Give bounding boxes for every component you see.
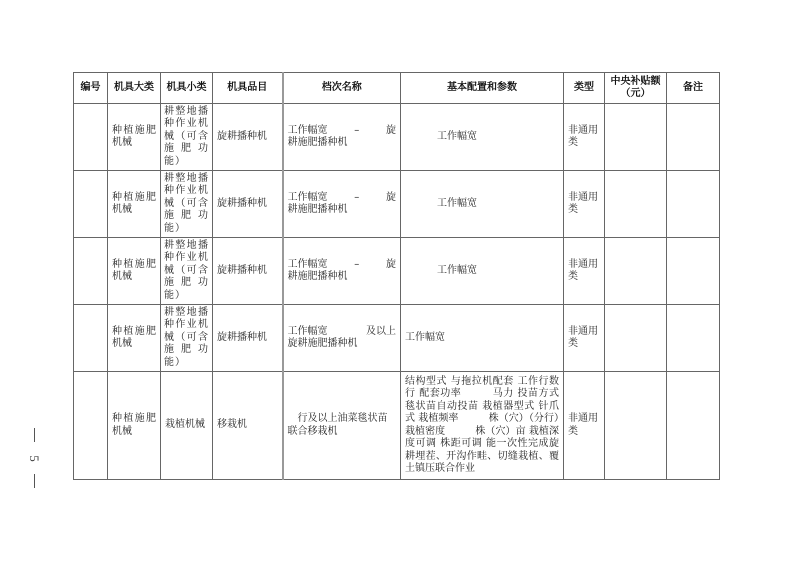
grade-name-text: 旋 — [386, 192, 396, 205]
grade-name-line1: 工作幅宽 – 旋 — [288, 259, 397, 272]
table-row: 种植施肥机械 耕整地播种作业机械（可含施肥功能） 旋耕播种机 工作幅宽 及以上 … — [74, 305, 720, 372]
header-item: 机具品目 — [213, 73, 283, 104]
cell-id — [74, 171, 108, 238]
header-subcategory: 机具小类 — [161, 73, 213, 104]
cell-subcategory: 耕整地播种作业机械（可含施肥功能） — [161, 305, 213, 372]
cell-item: 旋耕播种机 — [213, 238, 283, 305]
cell-grade-name: 工作幅宽 及以上 旋耕施肥播种机 — [283, 305, 401, 372]
grade-name-line2: 耕施肥播种机 — [288, 137, 397, 150]
cell-type: 非通用类 — [564, 171, 605, 238]
cell-id — [74, 305, 108, 372]
cell-grade-name: 工作幅宽 – 旋 耕施肥播种机 — [283, 238, 401, 305]
cell-subsidy — [605, 372, 667, 480]
cell-item: 移栽机 — [213, 372, 283, 480]
cell-id — [74, 238, 108, 305]
page-number-dash-top — [34, 428, 35, 442]
cell-type: 非通用类 — [564, 372, 605, 480]
cell-category: 种植施肥机械 — [108, 238, 161, 305]
cell-item: 旋耕播种机 — [213, 305, 283, 372]
subsidy-spec-table: 编号 机具大类 机具小类 机具品目 档次名称 基本配置和参数 类型 中央补贴额（… — [73, 72, 720, 480]
cell-grade-name: 行及以上油菜毯状苗联合移栽机 — [283, 372, 401, 480]
page-number-dash-bottom — [34, 474, 35, 488]
grade-name-text: 工作幅宽 — [288, 259, 328, 272]
cell-id — [74, 104, 108, 171]
grade-name-text: 工作幅宽 — [288, 326, 328, 339]
cell-remark — [667, 305, 720, 372]
cell-remark — [667, 104, 720, 171]
grade-name-line2: 耕施肥播种机 — [288, 204, 397, 217]
grade-name-text: 工作幅宽 — [288, 192, 328, 205]
cell-subsidy — [605, 238, 667, 305]
grade-name-dash: – — [354, 192, 359, 205]
cell-category: 种植施肥机械 — [108, 104, 161, 171]
header-config: 基本配置和参数 — [401, 73, 564, 104]
grade-name-line1: 工作幅宽 – 旋 — [288, 125, 397, 138]
grade-name-text: 旋 — [386, 125, 396, 138]
cell-subcategory: 耕整地播种作业机械（可含施肥功能） — [161, 104, 213, 171]
table-row: 种植施肥机械 栽植机械 移栽机 行及以上油菜毯状苗联合移栽机 结构型式 与拖拉机… — [74, 372, 720, 480]
cell-category: 种植施肥机械 — [108, 372, 161, 480]
cell-subcategory: 栽植机械 — [161, 372, 213, 480]
page-number: 5 — [26, 428, 42, 488]
header-id: 编号 — [74, 73, 108, 104]
cell-config: 工作幅宽 — [401, 104, 564, 171]
grade-name-text: 旋 — [386, 259, 396, 272]
cell-item: 旋耕播种机 — [213, 171, 283, 238]
header-category: 机具大类 — [108, 73, 161, 104]
grade-name-text: 及以上 — [366, 326, 396, 339]
table-row: 种植施肥机械 耕整地播种作业机械（可含施肥功能） 旋耕播种机 工作幅宽 – 旋 … — [74, 171, 720, 238]
cell-config: 工作幅宽 — [401, 238, 564, 305]
cell-grade-name: 工作幅宽 – 旋 耕施肥播种机 — [283, 171, 401, 238]
table-row: 种植施肥机械 耕整地播种作业机械（可含施肥功能） 旋耕播种机 工作幅宽 – 旋 … — [74, 238, 720, 305]
cell-remark — [667, 171, 720, 238]
grade-name-line1: 工作幅宽 – 旋 — [288, 192, 397, 205]
grade-name-line2: 旋耕施肥播种机 — [288, 338, 397, 351]
table-header-row: 编号 机具大类 机具小类 机具品目 档次名称 基本配置和参数 类型 中央补贴额（… — [74, 73, 720, 104]
table-row: 种植施肥机械 耕整地播种作业机械（可含施肥功能） 旋耕播种机 工作幅宽 – 旋 … — [74, 104, 720, 171]
cell-remark — [667, 238, 720, 305]
cell-id — [74, 372, 108, 480]
header-subsidy: 中央补贴额（元） — [605, 73, 667, 104]
cell-subsidy — [605, 104, 667, 171]
cell-category: 种植施肥机械 — [108, 171, 161, 238]
cell-subsidy — [605, 171, 667, 238]
cell-grade-name: 工作幅宽 – 旋 耕施肥播种机 — [283, 104, 401, 171]
cell-item: 旋耕播种机 — [213, 104, 283, 171]
page-number-value: 5 — [28, 455, 41, 462]
cell-category: 种植施肥机械 — [108, 305, 161, 372]
cell-subcategory: 耕整地播种作业机械（可含施肥功能） — [161, 171, 213, 238]
header-type: 类型 — [564, 73, 605, 104]
grade-name-line2: 耕施肥播种机 — [288, 271, 397, 284]
cell-remark — [667, 372, 720, 480]
cell-config: 工作幅宽 — [401, 305, 564, 372]
grade-name-dash: – — [354, 125, 359, 138]
header-grade-name: 档次名称 — [283, 73, 401, 104]
cell-config: 结构型式 与拖拉机配套 工作行数 行 配套功率 马力 投苗方式 毯状苗自动投苗 … — [401, 372, 564, 480]
cell-type: 非通用类 — [564, 104, 605, 171]
cell-subcategory: 耕整地播种作业机械（可含施肥功能） — [161, 238, 213, 305]
cell-type: 非通用类 — [564, 238, 605, 305]
cell-subsidy — [605, 305, 667, 372]
header-remark: 备注 — [667, 73, 720, 104]
cell-config: 工作幅宽 — [401, 171, 564, 238]
grade-name-line1: 工作幅宽 及以上 — [288, 326, 397, 339]
grade-name-text: 工作幅宽 — [288, 125, 328, 138]
cell-type: 非通用类 — [564, 305, 605, 372]
grade-name-dash: – — [354, 259, 359, 272]
